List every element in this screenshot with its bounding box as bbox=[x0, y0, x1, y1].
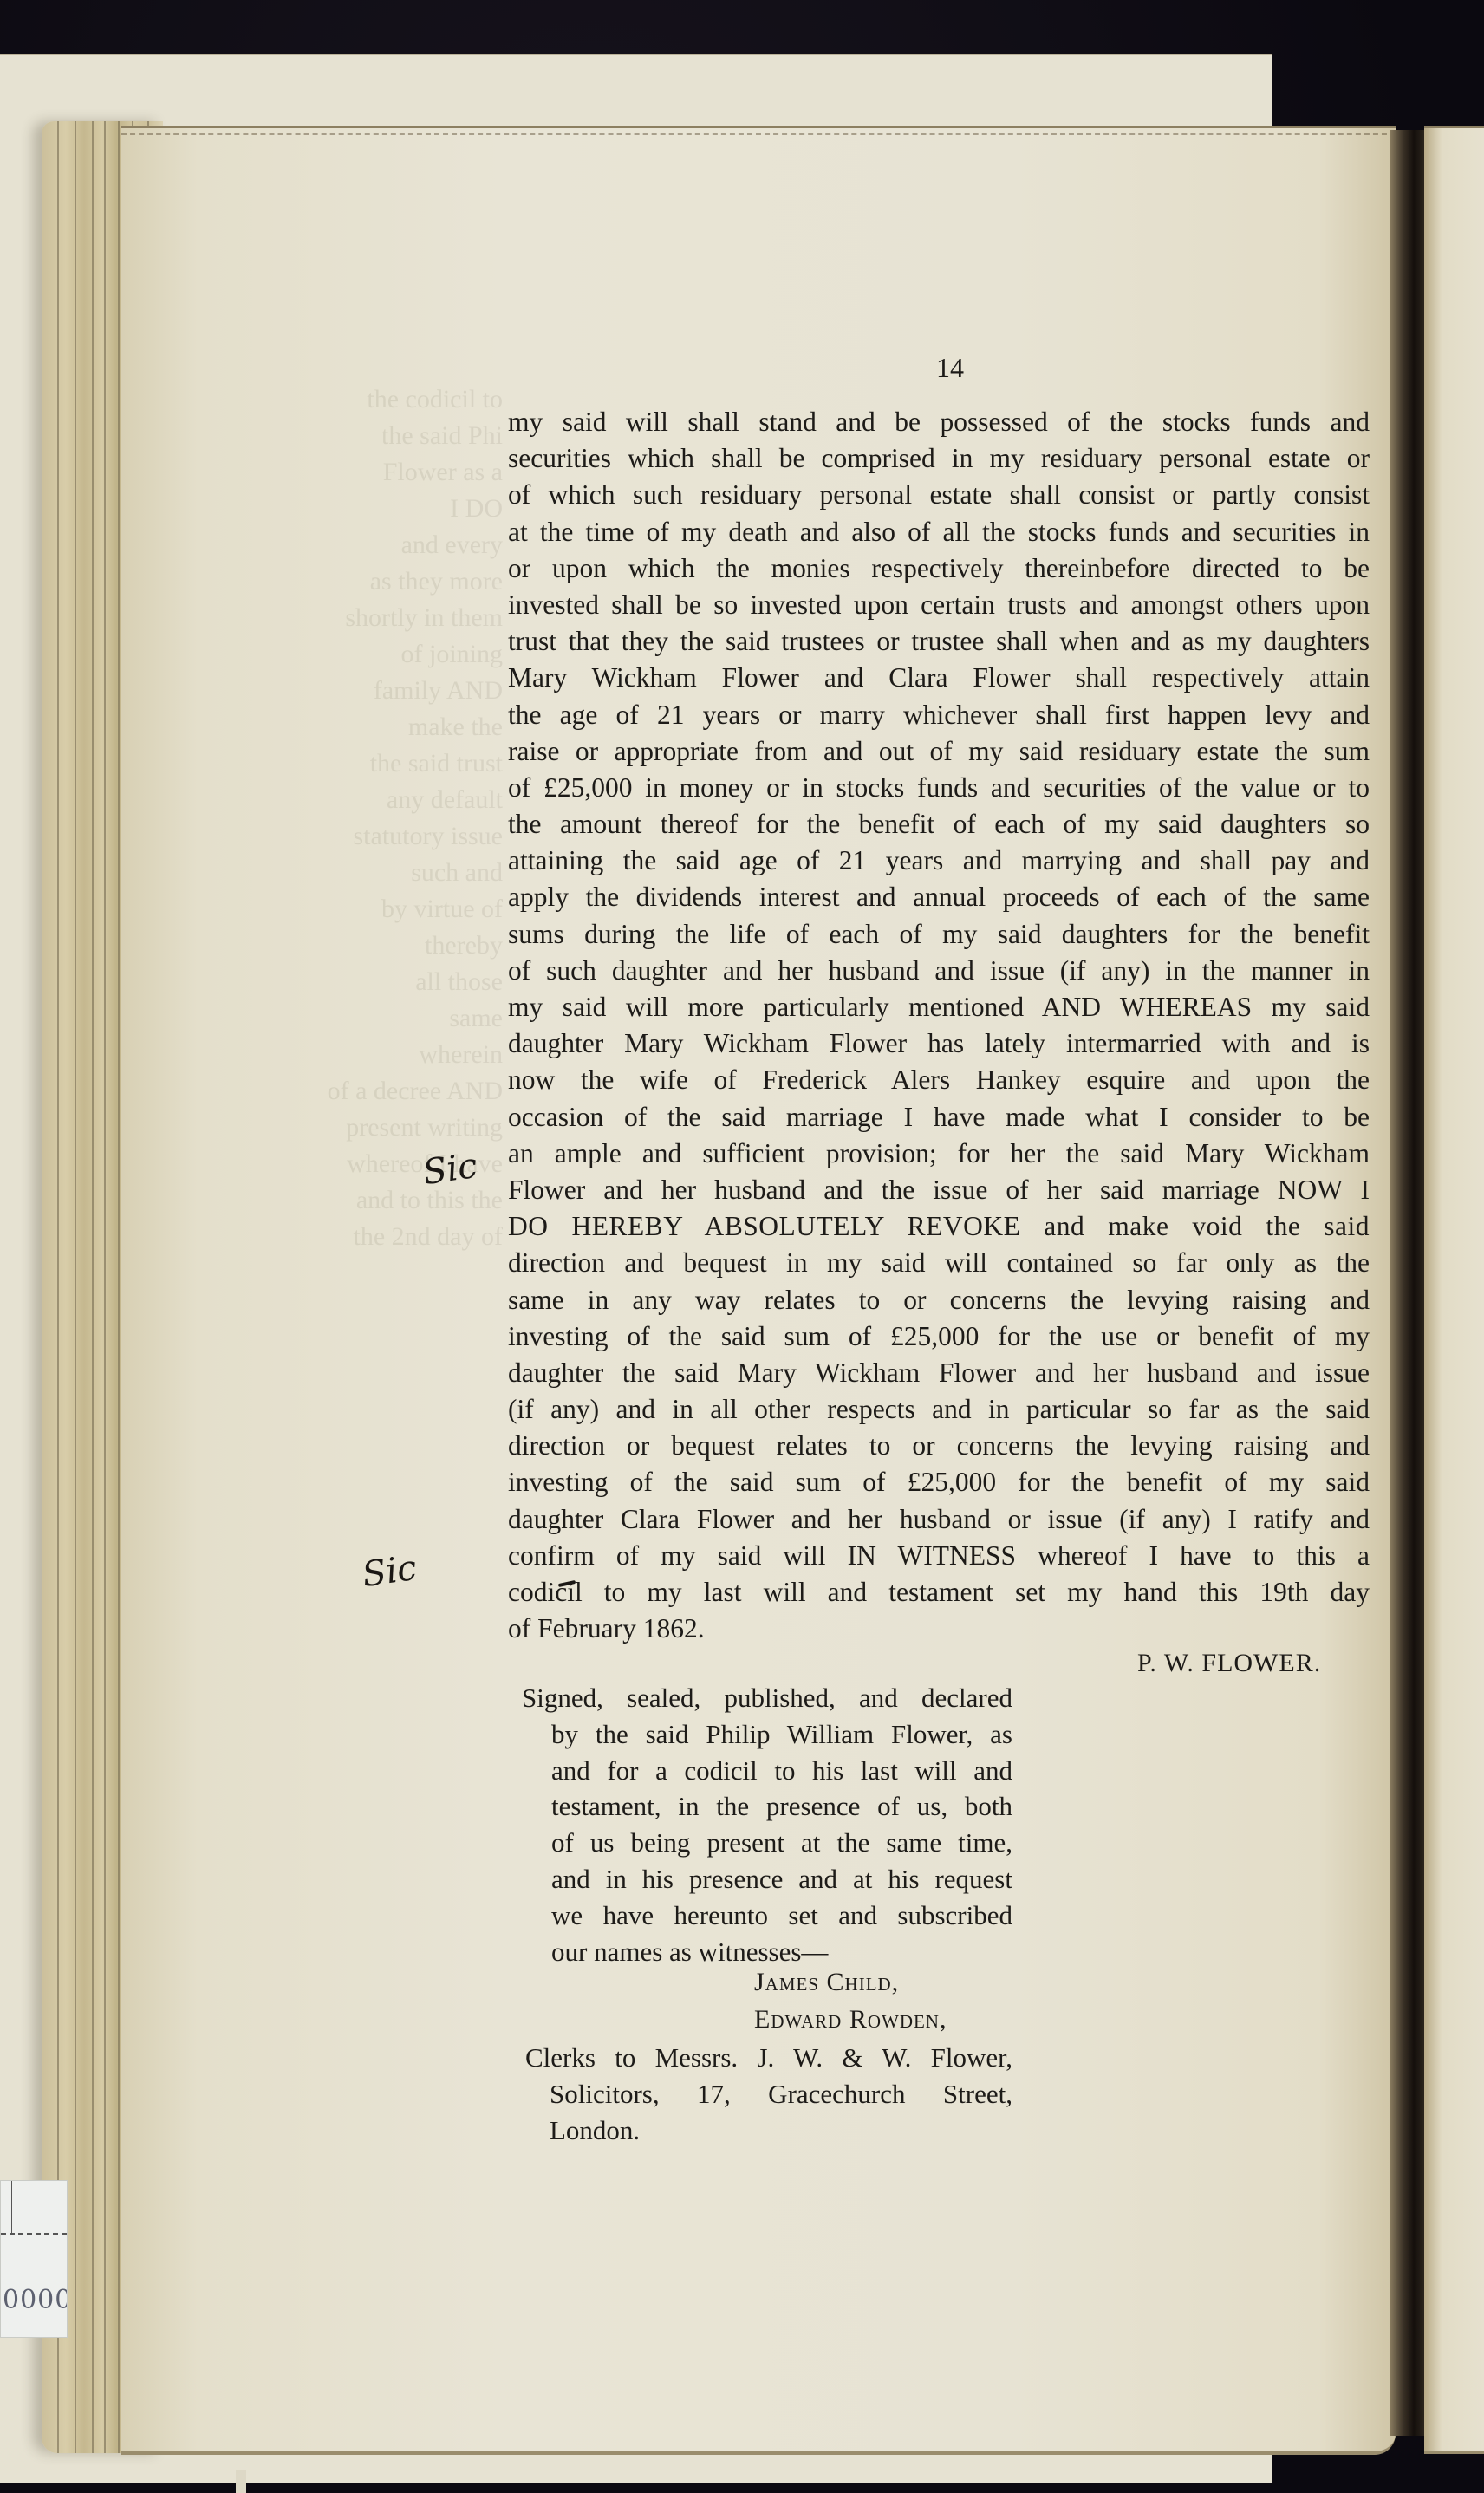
page-edge-line bbox=[57, 121, 59, 2453]
text-line: my said will more particularly mentioned… bbox=[508, 989, 1370, 1025]
label-dashed-rule bbox=[1, 2233, 67, 2235]
text-line: Flower and her husband and the issue of … bbox=[508, 1172, 1370, 1208]
witness-name: James Child, bbox=[754, 1968, 899, 1997]
text-line: at the time of my death and also of all … bbox=[508, 514, 1370, 550]
text-line: investing of the said sum of £25,000 for… bbox=[508, 1318, 1370, 1355]
archive-label-code: 0000 bbox=[3, 2285, 67, 2315]
codicil-body-text: my said will shall stand and be possesse… bbox=[508, 404, 1370, 1647]
text-line: DO HEREBY ABSOLUTELY REVOKE and make voi… bbox=[508, 1208, 1370, 1245]
text-line: the amount thereof for the benefit of ea… bbox=[508, 806, 1370, 843]
attestation-line: of us being present at the same time, bbox=[551, 1825, 1012, 1861]
clerks-address: Clerks to Messrs. J. W. & W. Flower, Sol… bbox=[525, 2040, 1012, 2148]
text-line: now the wife of Frederick Alers Hankey e… bbox=[508, 1062, 1370, 1098]
text-line: of such daughter and her husband and iss… bbox=[508, 953, 1370, 989]
text-line: of which such residuary personal estate … bbox=[508, 477, 1370, 513]
clerks-line: London. bbox=[550, 2112, 1012, 2149]
text-line: of £25,000 in money or in stocks funds a… bbox=[508, 770, 1370, 806]
page-edge-line bbox=[104, 121, 106, 2453]
attestation-line: our names as witnesses— bbox=[551, 1934, 1012, 1970]
text-line: investing of the said sum of £25,000 for… bbox=[508, 1464, 1370, 1500]
text-line: confirm of my said will IN WITNESS where… bbox=[508, 1538, 1370, 1574]
attestation-clause: Signed, sealed, published, and declared … bbox=[522, 1680, 1012, 1969]
text-line: daughter Clara Flower and her husband or… bbox=[508, 1501, 1370, 1538]
page-top-edge bbox=[121, 133, 1396, 140]
attestation-line: Signed, sealed, published, and declared bbox=[522, 1680, 1012, 1716]
text-line: occasion of the said marriage I have mad… bbox=[508, 1099, 1370, 1136]
label-divider bbox=[11, 2181, 12, 2233]
witness-name: Edward Rowden, bbox=[754, 2005, 947, 2034]
text-line: same in any way relates to or concerns t… bbox=[508, 1282, 1370, 1318]
text-line: apply the dividends interest and annual … bbox=[508, 879, 1370, 915]
clerks-line: Solicitors, 17, Gracechurch Street, bbox=[550, 2076, 1012, 2112]
facing-page-edge bbox=[1424, 126, 1484, 2454]
archive-label-sticker: 0000 bbox=[0, 2180, 68, 2338]
text-line: sums during the life of each of my said … bbox=[508, 916, 1370, 953]
text-line: invested shall be so invested upon certa… bbox=[508, 587, 1370, 623]
attestation-line: and for a codicil to his last will and bbox=[551, 1753, 1012, 1789]
page-edge-line bbox=[92, 121, 94, 2453]
text-line: of February 1862. bbox=[508, 1611, 1370, 1647]
attestation-line: testament, in the presence of us, both bbox=[551, 1788, 1012, 1825]
attestation-line: we have hereunto set and subscribed bbox=[551, 1897, 1012, 1934]
testator-signature: P. W. FLOWER. bbox=[1137, 1649, 1321, 1678]
page-edge-line bbox=[75, 121, 76, 2453]
underlying-sheet-corner bbox=[236, 2470, 246, 2493]
text-line: or upon which the monies respectively th… bbox=[508, 550, 1370, 587]
text-line: trust that they the said trustees or tru… bbox=[508, 623, 1370, 660]
text-line: Mary Wickham Flower and Clara Flower sha… bbox=[508, 660, 1370, 696]
marginal-note-sic: Sic bbox=[420, 1146, 479, 1193]
text-line: (if any) and in all other respects and i… bbox=[508, 1391, 1370, 1428]
text-line: the age of 21 years or marry whichever s… bbox=[508, 697, 1370, 733]
text-line: raise or appropriate from and out of my … bbox=[508, 733, 1370, 770]
text-line: direction and bequest in my said will co… bbox=[508, 1245, 1370, 1281]
text-line: an ample and sufficient provision; for h… bbox=[508, 1136, 1370, 1172]
show-through-text: the codicil tothe said PhiFlower as aI D… bbox=[295, 381, 503, 1422]
text-line: attaining the said age of 21 years and m… bbox=[508, 843, 1370, 879]
page-number: 14 bbox=[936, 352, 964, 384]
text-line: my said will shall stand and be possesse… bbox=[508, 404, 1370, 440]
book-gutter bbox=[1390, 130, 1424, 2436]
text-line: daughter the said Mary Wickham Flower an… bbox=[508, 1355, 1370, 1391]
page-edge-line bbox=[118, 121, 120, 2453]
text-line: daughter Mary Wickham Flower has lately … bbox=[508, 1025, 1370, 1062]
text-line: direction or bequest relates to or conce… bbox=[508, 1428, 1370, 1464]
clerks-line: Clerks to Messrs. J. W. & W. Flower, bbox=[525, 2040, 1012, 2076]
attestation-line: and in his presence and at his request bbox=[551, 1861, 1012, 1897]
text-line: codicil to my last will and testament se… bbox=[508, 1574, 1370, 1611]
text-line: securities which shall be comprised in m… bbox=[508, 440, 1370, 477]
attestation-line: by the said Philip William Flower, as bbox=[551, 1716, 1012, 1753]
marginal-note-sic: Sic bbox=[360, 1548, 419, 1595]
